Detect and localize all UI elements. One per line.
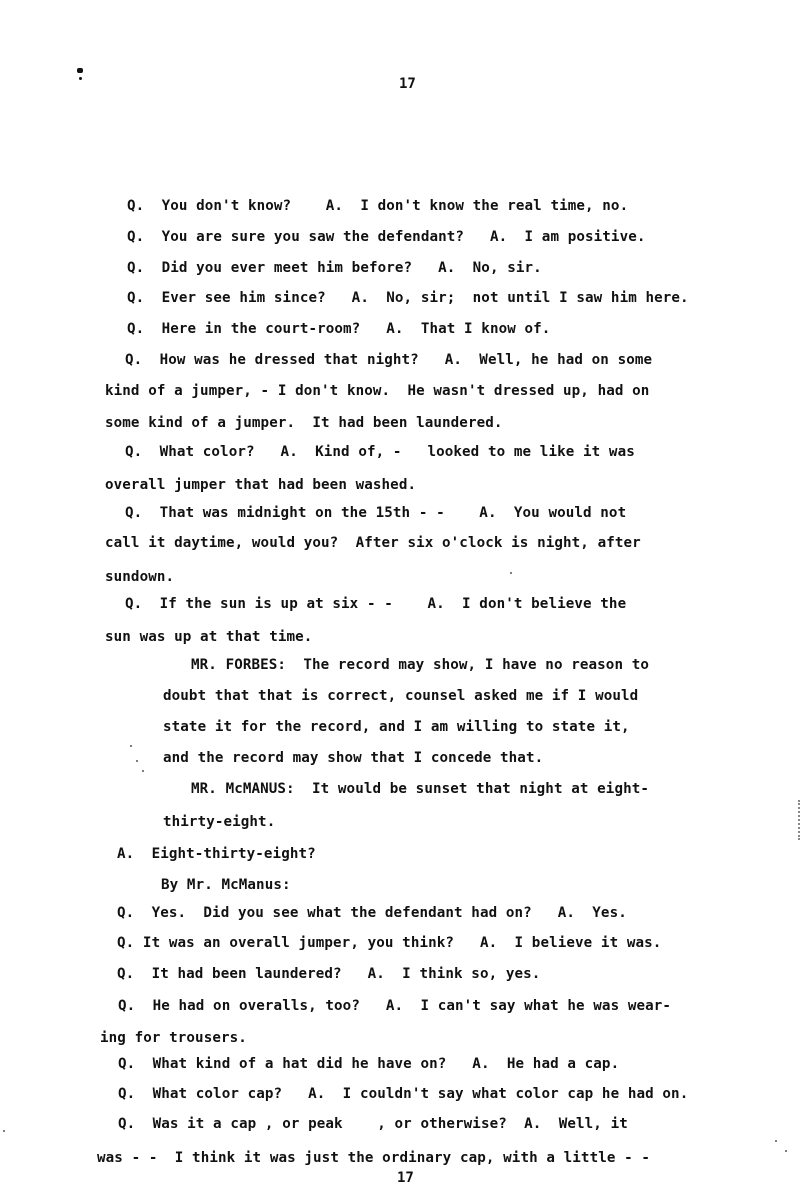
scan-speck [785,1150,787,1152]
transcript-line: Q. How was he dressed that night? A. Wel… [125,352,652,368]
page-number-bottom: 17 [397,1170,414,1186]
scan-speck [510,572,512,574]
transcript-line: call it daytime, would you? After six o'… [105,535,641,551]
transcript-line: Q. It was an overall jumper, you think? … [117,935,661,951]
transcript-line: ing for trousers. [100,1030,247,1046]
transcript-line: and the record may show that I concede t… [163,750,543,766]
transcript-line: Q. He had on overalls, too? A. I can't s… [118,998,671,1014]
scan-edge-mark [795,800,800,840]
transcript-line: thirty-eight. [163,814,275,830]
transcript-line: Q. What color? A. Kind of, - looked to m… [125,444,635,460]
transcript-line: kind of a jumper, - I don't know. He was… [105,383,649,399]
transcript-line: Q. That was midnight on the 15th - - A. … [125,505,626,521]
transcript-line: sun was up at that time. [105,629,312,645]
scan-speck [142,770,144,772]
page-number-top: 17 [399,76,416,92]
transcript-line: Q. Did you ever meet him before? A. No, … [127,260,542,276]
transcript-line: Q. If the sun is up at six - - A. I don'… [125,596,626,612]
transcript-line: Q. Here in the court-room? A. That I kno… [127,321,550,337]
transcript-line: sundown. [105,569,174,585]
transcript-line: state it for the record, and I am willin… [163,719,630,735]
transcript-line: Q. What color cap? A. I couldn't say wha… [118,1086,688,1102]
transcript-line: Q. It had been laundered? A. I think so,… [117,966,540,982]
transcript-line: was - - I think it was just the ordinary… [97,1150,650,1166]
margin-mark-icon [77,68,83,80]
transcript-line: Q. Yes. Did you see what the defendant h… [117,905,627,921]
transcript-line: Q. You don't know? A. I don't know the r… [127,198,628,214]
transcript-line: MR. McMANUS: It would be sunset that nig… [191,781,649,797]
transcript-line: doubt that that is correct, counsel aske… [163,688,638,704]
scan-speck [136,760,138,762]
transcript-line: Q. What kind of a hat did he have on? A.… [118,1056,619,1072]
transcript-line: Q. Ever see him since? A. No, sir; not u… [127,290,689,306]
scan-speck [130,745,132,747]
scan-speck [3,1130,5,1132]
transcript-line: A. Eight-thirty-eight? [117,846,316,862]
transcript-line: MR. FORBES: The record may show, I have … [191,657,649,673]
transcript-line: some kind of a jumper. It had been laund… [105,415,503,431]
transcript-line: Q. Was it a cap , or peak , or otherwise… [118,1116,628,1132]
transcript-line: overall jumper that had been washed. [105,477,416,493]
transcript-line: By Mr. McManus: [161,877,291,893]
transcript-line: Q. You are sure you saw the defendant? A… [127,229,646,245]
scan-speck [775,1140,777,1142]
